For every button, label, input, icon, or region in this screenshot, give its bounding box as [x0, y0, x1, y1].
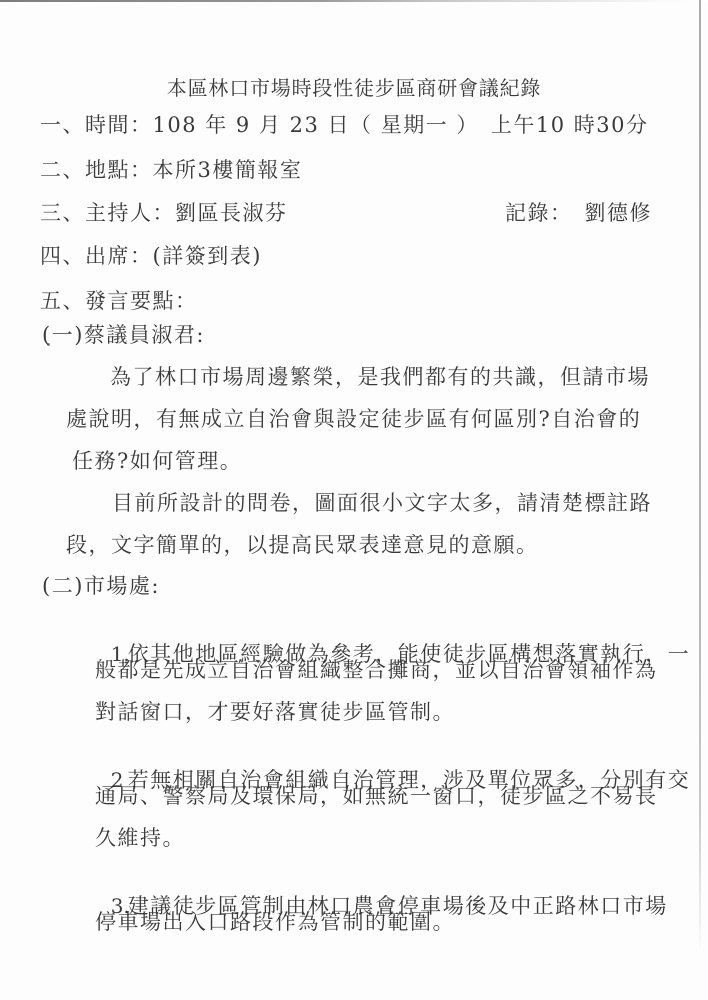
list-item-continuation: 久維持。	[95, 825, 185, 851]
paragraph-line: 目前所設計的問卷，圖面很小文字太多，請清楚標註路	[112, 490, 652, 516]
paragraph-line: 段，文字簡單的，以提高民眾表達意見的意願。	[66, 532, 539, 558]
document-title: 本區林口市場時段性徒步區商研會議紀錄	[0, 72, 708, 101]
list-item-continuation: 般都是先成立自治會組織整合攤商，並以自治會領袖作為	[95, 657, 658, 683]
paragraph-line: 任務?如何管理。	[72, 448, 242, 474]
remarks-heading: 五、發言要點：	[40, 288, 198, 314]
list-item-continuation: 通局、警察局及環保局，如無統一窗口，徒步區之不易長	[95, 783, 658, 809]
paragraph-line: 為了林口市場周邊繁榮，是我們都有的共識，但請市場	[110, 364, 650, 390]
meta-recorder: 記錄： 劉德修	[505, 200, 652, 226]
scanned-document-page: 本區林口市場時段性徒步區商研會議紀錄 一、時間：108 年 9 月 23 日（ …	[0, 0, 708, 1000]
speaker-1-heading: (一)蔡議員淑君:	[42, 322, 205, 348]
list-item-continuation: 對話窗口，才要好落實徒步區管制。	[95, 699, 455, 725]
meta-location: 二、地點：本所3樓簡報室	[40, 157, 302, 183]
meta-chair: 三、主持人：劉區長淑芬	[40, 200, 288, 226]
list-item-continuation: 停車場出入口路段作為管制的範圍。	[95, 909, 455, 935]
paragraph-line: 處說明，有無成立自治會與設定徒步區有何區別?自治會的	[66, 406, 641, 432]
scan-edge-right-artifact	[699, 0, 701, 955]
speaker-2-heading: (二)市場處:	[42, 573, 160, 599]
scan-edge-top-artifact	[0, 0, 708, 2]
meta-attendance: 四、出席：(詳簽到表)	[40, 243, 262, 269]
meta-time: 一、時間：108 年 9 月 23 日（ 星期一 ） 上午10 時30分	[40, 112, 649, 138]
